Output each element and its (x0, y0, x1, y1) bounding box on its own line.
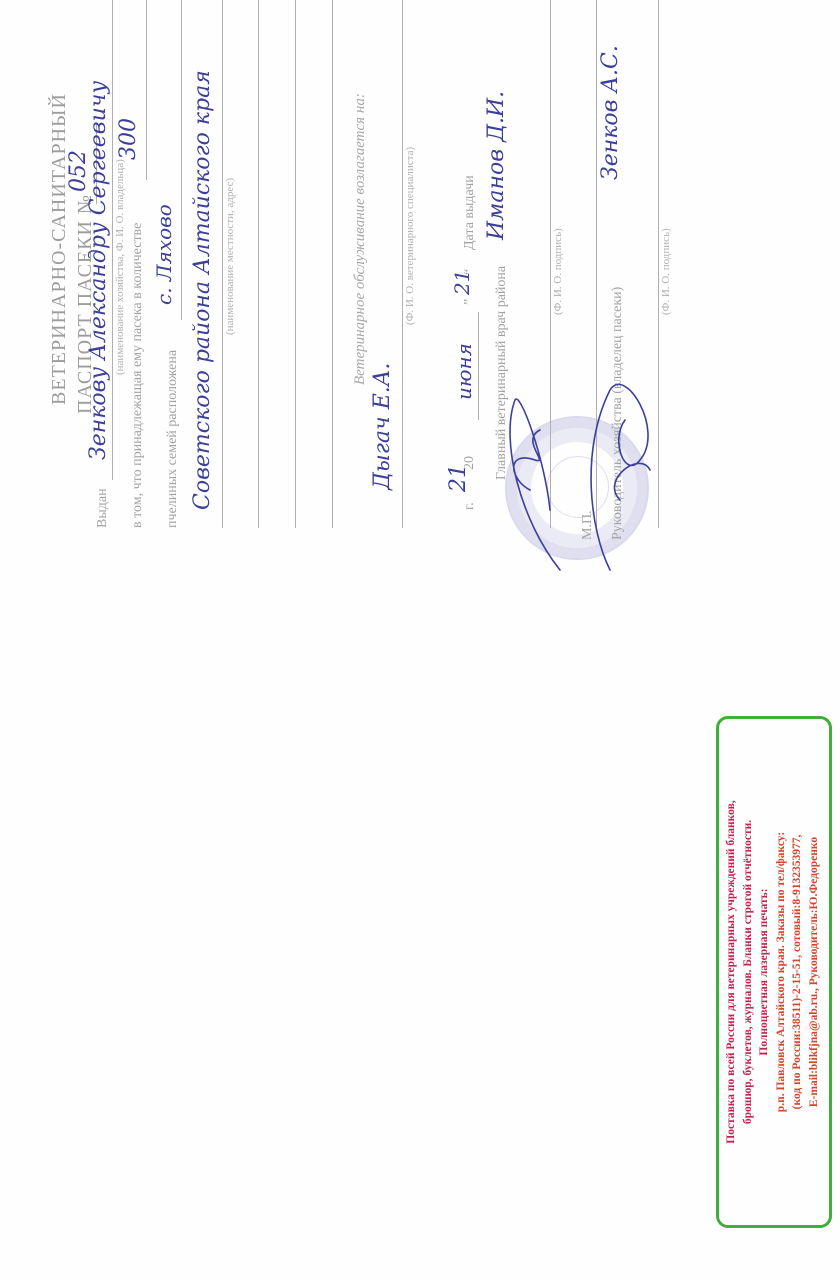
ownership-text: в том, что принадлежащая ему пасека в ко… (130, 223, 146, 528)
issued-to-line (112, 0, 113, 480)
issue-day: 21 (450, 270, 474, 295)
rotated-document-page: ВЕТЕРИНАРНО-САНИТАРНЫЙ ПАСПОРТ ПАСЕКИ № … (0, 0, 840, 1280)
location-line-1 (181, 0, 182, 320)
issued-caption: (наименование хозяйства, Ф. И. О. владел… (114, 159, 126, 375)
ad-line-3: Полноцветная лазерная печать: (756, 719, 773, 1225)
issue-year-suffix: 21 (446, 464, 471, 492)
blank-line-3 (332, 0, 333, 528)
vet-specialist-line (402, 0, 403, 528)
issued-label: Выдан (95, 488, 111, 528)
owner-caption: (Ф. И. О. подпись) (660, 228, 672, 315)
blank-line-1 (258, 0, 259, 528)
ad-line-6: E-mail:blikfjna@ab.ru., Руководитель:Ю.Ф… (806, 719, 823, 1225)
issued-to-value: Зенкову Александру Сергеевичу (86, 81, 111, 460)
location-line-2 (222, 0, 223, 528)
location-value-1: с. Ляхово (152, 204, 176, 305)
vet-service-heading: Ветеринарное обслуживание возлагается на… (352, 93, 369, 385)
ad-line-4: р.п. Павловск Алтайского края. Заказы по… (773, 719, 790, 1225)
title-line-1: ВЕТЕРИНАРНО-САНИТАРНЫЙ (48, 93, 71, 405)
location-label: пчелиных семей расположена (165, 350, 181, 528)
issue-day-close-quote: ” (462, 299, 478, 305)
count-line (146, 0, 147, 180)
ad-line-5: (код по России:38511)-2-15-51, сотовый:8… (789, 719, 806, 1225)
location-caption: (наименование местности, адрес) (224, 178, 236, 335)
ad-line-1: Поставка по всей России для ветеринарных… (723, 719, 740, 1225)
issue-year-unit: г. (462, 502, 478, 510)
location-value-2: Советского района Алтайского края (190, 70, 215, 510)
issue-date-label: Дата выдачи (462, 175, 478, 250)
vet-specialist-value: Дыгач Е.А. (370, 363, 395, 490)
bee-families-count: 300 (116, 118, 141, 160)
printer-advertisement-box: Поставка по всей России для ветеринарных… (716, 716, 832, 1228)
blank-line-2 (295, 0, 296, 528)
issue-month: июня (452, 343, 476, 400)
owner-name: Зенков А.С. (598, 45, 623, 180)
owner-signature (570, 350, 680, 580)
issue-month-line (478, 312, 479, 420)
ad-line-2: брошюр, буклетов, журналов. Бланки строг… (740, 719, 757, 1225)
vet-specialist-caption: (Ф. И. О. ветеринарного специалиста) (404, 147, 416, 325)
chief-vet-name: Иманов Д.И. (484, 91, 509, 240)
chief-vet-signature (490, 380, 580, 580)
chief-vet-caption: (Ф. И. О. подпись) (552, 228, 564, 315)
